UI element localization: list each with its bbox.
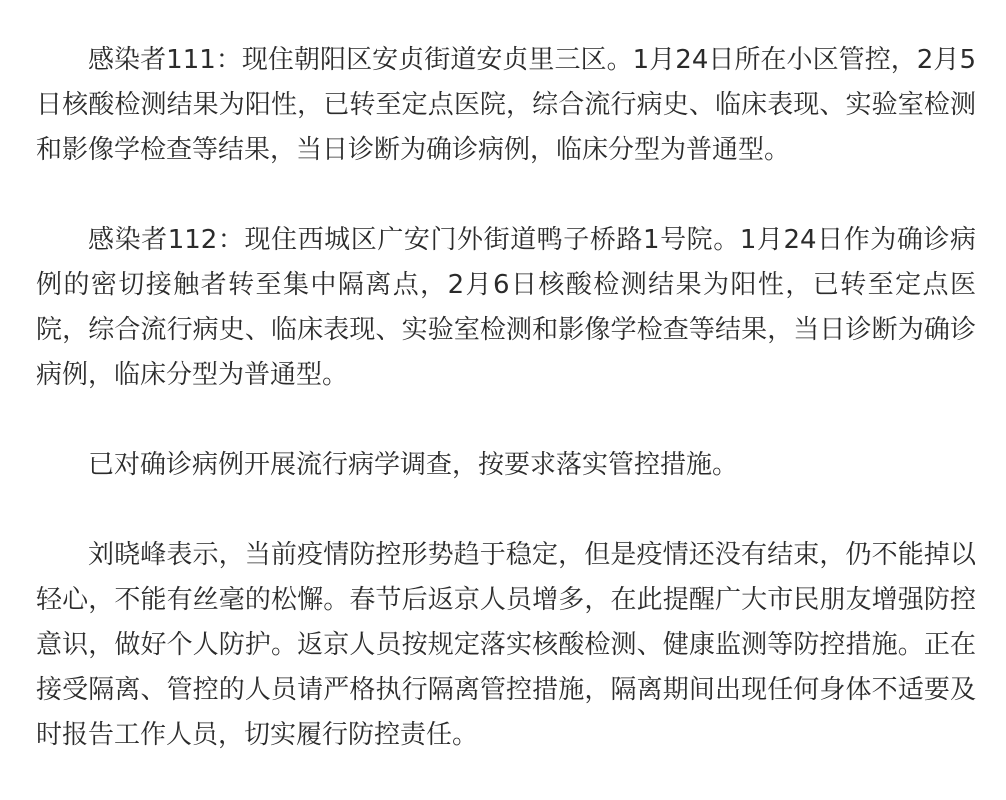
paragraph-investigation: 已对确诊病例开展流行病学调查，按要求落实管控措施。 <box>36 443 976 488</box>
paragraph-case-112: 感染者112：现住西城区广安门外街道鸭子桥路1号院。1月24日作为确诊病例的密切… <box>36 218 976 398</box>
paragraph-case-111: 感染者111：现住朝阳区安贞街道安贞里三区。1月24日所在小区管控，2月5日核酸… <box>36 38 976 173</box>
paragraph-statement: 刘晓峰表示，当前疫情防控形势趋于稳定，但是疫情还没有结束，仍不能掉以轻心，不能有… <box>36 533 976 758</box>
